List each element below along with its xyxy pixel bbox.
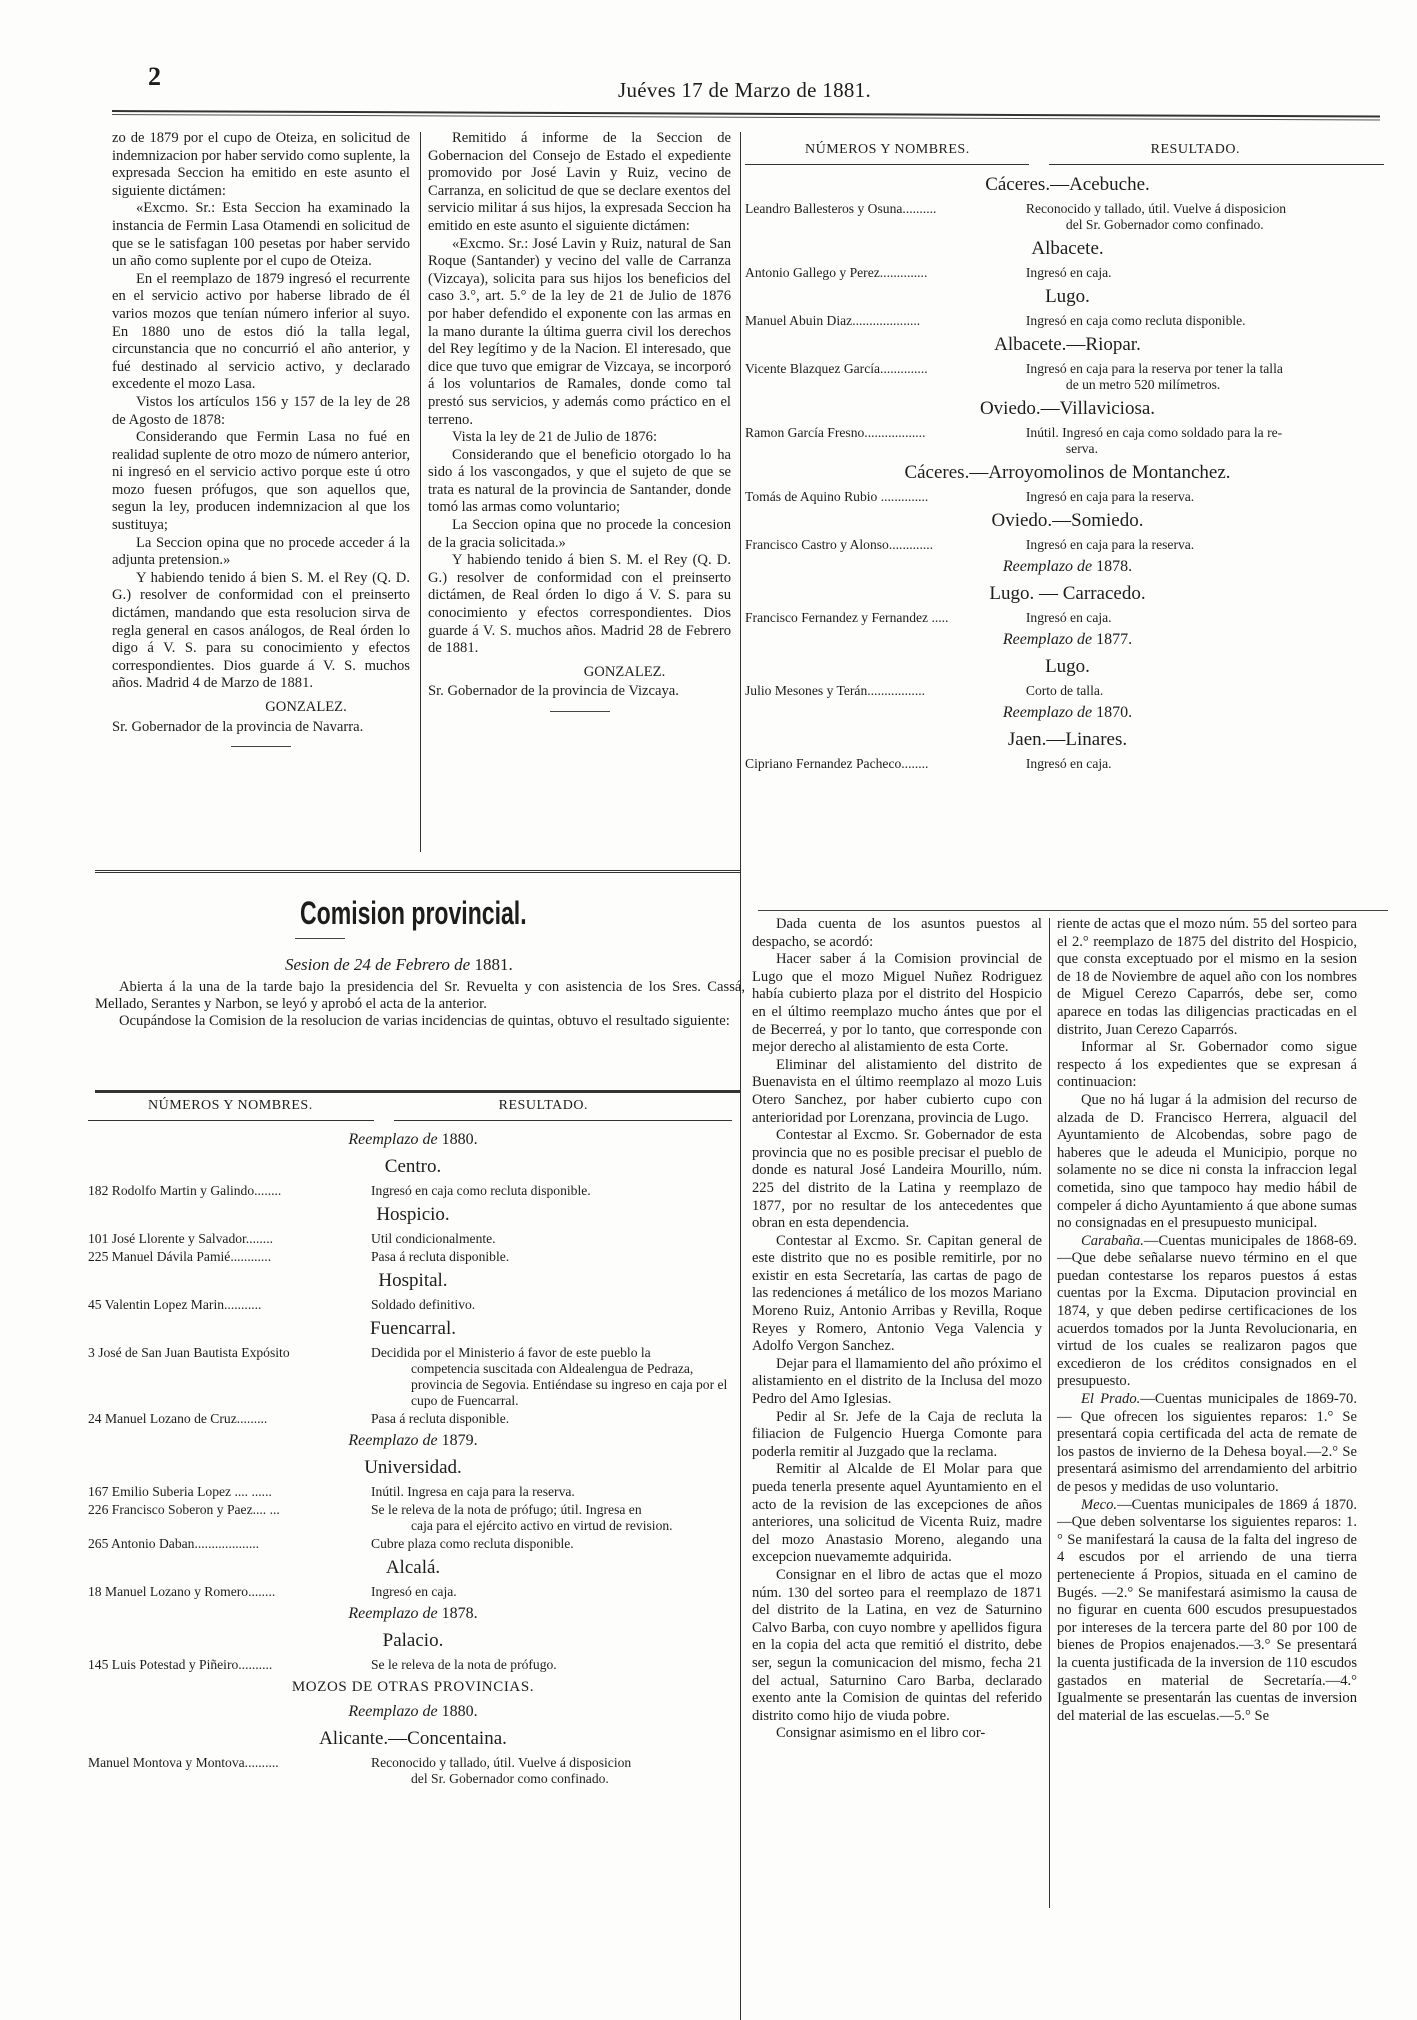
- paragraph: Remitir al Alcalde de El Molar para que …: [752, 1461, 1042, 1567]
- result-text: Se le releva de la nota de prófugo; útil…: [361, 1502, 738, 1534]
- quintas-table-bottom: NÚMEROS Y NOMBRES.RESULTADO.Reemplazo de…: [88, 1098, 738, 1789]
- addressee: Sr. Gobernador de la provincia de Navarr…: [112, 719, 410, 737]
- place-heading: Lugo.: [745, 285, 1390, 309]
- result-continuation: de un metro 520 milímetros.: [1026, 377, 1390, 393]
- result-text: Cubre plaza como recluta disponible.: [361, 1536, 738, 1552]
- quintas-table-top: NÚMEROS Y NOMBRES.RESULTADO.Cáceres.—Ace…: [745, 142, 1390, 774]
- place-heading: Centro.: [88, 1155, 738, 1179]
- municipality-name: Meco.: [1081, 1497, 1117, 1513]
- reemplazo-label: Reemplazo de: [348, 1703, 441, 1720]
- result-text: Ingresó en caja para la reserva por tene…: [1016, 361, 1390, 393]
- recruit-name: 45 Valentin Lopez Marin...........: [88, 1297, 361, 1313]
- table-row: 226 Francisco Soberon y Paez.... ...Se l…: [88, 1502, 738, 1534]
- result-text: Ingresó en caja.: [1016, 265, 1390, 281]
- paragraph: Dada cuenta de los asuntos puestos al de…: [752, 916, 1042, 951]
- reemplazo-heading: Reemplazo de 1870.: [745, 702, 1390, 724]
- paragraph: Y habiendo tenido á bien S. M. el Rey (Q…: [428, 552, 731, 658]
- paragraph: Abierta á la una de la tarde bajo la pre…: [95, 979, 745, 1013]
- table-row: 167 Emilio Suberia Lopez .... ......Inút…: [88, 1484, 738, 1500]
- result-text: Ingresó en caja como recluta disponible.: [361, 1183, 738, 1199]
- paragraph: Considerando que el beneficio otorgado l…: [428, 447, 731, 517]
- recruit-name: Francisco Castro y Alonso.............: [745, 537, 1016, 553]
- recruit-name: Vicente Blazquez García..............: [745, 361, 1016, 393]
- table-row: Manuel Montova y Montova..........Recono…: [88, 1755, 738, 1787]
- paragraph: Hacer saber á la Comision provincial de …: [752, 951, 1042, 1057]
- paragraph: En el reemplazo de 1879 ingresó el recur…: [112, 271, 410, 394]
- table-row: Julio Mesones y Terán.................Co…: [745, 683, 1390, 699]
- recruit-name: Leandro Ballesteros y Osuna..........: [745, 201, 1016, 233]
- reemplazo-heading: Reemplazo de 1880.: [88, 1129, 738, 1151]
- reemplazo-label: Reemplazo de: [348, 1432, 441, 1449]
- municipality-name: El Prado.: [1081, 1391, 1140, 1407]
- place-heading: Cáceres.—Acebuche.: [745, 173, 1390, 197]
- column-divider: [420, 132, 421, 852]
- recruit-name: 3 José de San Juan Bautista Expósito: [88, 1345, 361, 1409]
- reemplazo-year: 1879.: [442, 1432, 478, 1449]
- paragraph: riente de actas que el mozo núm. 55 del …: [1057, 916, 1357, 1039]
- place-heading: Oviedo.—Somiedo.: [745, 509, 1390, 533]
- table-row: 45 Valentin Lopez Marin...........Soldad…: [88, 1297, 738, 1313]
- section-rule: [95, 1090, 740, 1093]
- recruit-name: Cipriano Fernandez Pacheco........: [745, 756, 1016, 772]
- result-text: Util condicionalmente.: [361, 1231, 738, 1247]
- recruit-name: Ramon García Fresno..................: [745, 425, 1016, 457]
- result-continuation: del Sr. Gobernador como confinado.: [371, 1771, 738, 1787]
- paragraph: Eliminar del alistamiento del distrito d…: [752, 1057, 1042, 1127]
- recruit-name: Antonio Gallego y Perez..............: [745, 265, 1016, 281]
- recruit-name: 18 Manuel Lozano y Romero........: [88, 1584, 361, 1600]
- reemplazo-heading: Reemplazo de 1880.: [88, 1701, 738, 1723]
- place-heading: Hospital.: [88, 1269, 738, 1293]
- rule: [1049, 164, 1384, 165]
- reemplazo-year: 1880.: [442, 1131, 478, 1148]
- page-number: 2: [148, 62, 161, 92]
- reemplazo-heading: Reemplazo de 1878.: [745, 556, 1390, 578]
- result-text: Ingresó en caja.: [361, 1584, 738, 1600]
- result-text: Reconocido y tallado, útil. Vuelve á dis…: [1016, 201, 1390, 233]
- result-text: Ingresó en caja para la reserva.: [1016, 489, 1390, 505]
- result-continuation: del Sr. Gobernador como confinado.: [1026, 217, 1390, 233]
- result-text: Pasa á recluta disponible.: [361, 1411, 738, 1427]
- place-heading: Albacete.—Riopar.: [745, 333, 1390, 357]
- place-heading: Alicante.—Concentaina.: [88, 1727, 738, 1751]
- table-row: 18 Manuel Lozano y Romero........Ingresó…: [88, 1584, 738, 1600]
- municipality-name: Carabaña.: [1081, 1233, 1144, 1249]
- result-text: Ingresó en caja.: [1016, 610, 1390, 626]
- place-heading: Albacete.: [745, 237, 1390, 261]
- paragraph: La Seccion opina que no procede la conce…: [428, 517, 731, 552]
- paragraph: Vista la ley de 21 de Julio de 1876:: [428, 429, 731, 447]
- reemplazo-year: 1880.: [442, 1703, 478, 1720]
- paragraph: Que no há lugar á la admision del recurs…: [1057, 1092, 1357, 1233]
- reemplazo-label: Reemplazo de: [348, 1131, 441, 1148]
- column-header-names: NÚMEROS Y NOMBRES.: [745, 142, 970, 158]
- result-text: Pasa á recluta disponible.: [361, 1249, 738, 1265]
- paragraph: El Prado.—Cuentas municipales de 1869-70…: [1057, 1391, 1357, 1497]
- paragraph: La Seccion opina que no procede acceder …: [112, 535, 410, 570]
- reemplazo-label: Reemplazo de: [1003, 704, 1096, 721]
- subsection-heading: MOZOS DE OTRAS PROVINCIAS.: [88, 1679, 738, 1695]
- paragraph: Pedir al Sr. Jefe de la Caja de recluta …: [752, 1409, 1042, 1462]
- place-heading: Fuencarral.: [88, 1317, 738, 1341]
- recruit-name: Manuel Montova y Montova..........: [88, 1755, 361, 1787]
- place-heading: Jaen.—Linares.: [745, 728, 1390, 752]
- rule: [88, 1120, 374, 1121]
- paragraph: «Excmo. Sr.: José Lavin y Ruiz, natural …: [428, 236, 731, 430]
- table-row: 101 José Llorente y Salvador........Util…: [88, 1231, 738, 1247]
- table-row: Tomás de Aquino Rubio ..............Ingr…: [745, 489, 1390, 505]
- column-header-names: NÚMEROS Y NOMBRES.: [88, 1098, 313, 1114]
- column-header-result: RESULTADO.: [1151, 142, 1390, 158]
- place-heading: Oviedo.—Villaviciosa.: [745, 397, 1390, 421]
- table-row: 182 Rodolfo Martin y Galindo........Ingr…: [88, 1183, 738, 1199]
- result-text: Inútil. Ingresó en caja como soldado par…: [1016, 425, 1390, 457]
- table-row: 24 Manuel Lozano de Cruz.........Pasa á …: [88, 1411, 738, 1427]
- paragraph: Ocupándose la Comision de la resolucion …: [95, 1013, 745, 1030]
- table-row: Cipriano Fernandez Pacheco........Ingres…: [745, 756, 1390, 772]
- signature: GONZALEZ.: [202, 699, 410, 717]
- article-vizcaya: Remitido á informe de la Seccion de Gobe…: [428, 130, 731, 712]
- column-divider: [1049, 918, 1050, 1908]
- recruit-name: Tomás de Aquino Rubio ..............: [745, 489, 1016, 505]
- recruit-name: 265 Antonio Daban...................: [88, 1536, 361, 1552]
- reemplazo-year: 1870.: [1096, 704, 1132, 721]
- result-text: Ingresó en caja para la reserva.: [1016, 537, 1390, 553]
- paragraph: Vistos los artículos 156 y 157 de la ley…: [112, 394, 410, 429]
- reemplazo-heading: Reemplazo de 1877.: [745, 629, 1390, 651]
- table-row: 265 Antonio Daban...................Cubr…: [88, 1536, 738, 1552]
- table-row: Vicente Blazquez García..............Ing…: [745, 361, 1390, 393]
- paragraph: Consignar asimismo en el libro cor-: [752, 1725, 1042, 1743]
- place-heading: Palacio.: [88, 1629, 738, 1653]
- table-header: NÚMEROS Y NOMBRES.RESULTADO.: [745, 142, 1390, 164]
- recruit-name: Julio Mesones y Terán.................: [745, 683, 1016, 699]
- place-heading: Cáceres.—Arroyomolinos de Montanchez.: [745, 461, 1390, 485]
- place-heading: Lugo. — Carracedo.: [745, 582, 1390, 606]
- header-rules: [745, 164, 1390, 165]
- paragraph: Contestar al Excmo. Sr. Capitan general …: [752, 1233, 1042, 1356]
- section-rule: [758, 910, 1388, 911]
- paragraph: «Excmo. Sr.: Esta Seccion ha examinado l…: [112, 200, 410, 270]
- recruit-name: Francisco Fernandez y Fernandez .....: [745, 610, 1016, 626]
- paragraph: Carabaña.—Cuentas municipales de 1868-69…: [1057, 1233, 1357, 1391]
- table-row: Manuel Abuin Diaz....................Ing…: [745, 313, 1390, 329]
- header-rule: [112, 110, 1380, 121]
- rule: [745, 164, 1029, 165]
- reemplazo-label: Reemplazo de: [1003, 558, 1096, 575]
- paragraph: Remitido á informe de la Seccion de Gobe…: [428, 130, 731, 236]
- result-continuation: serva.: [1026, 441, 1390, 457]
- recruit-name: 145 Luis Potestad y Piñeiro..........: [88, 1657, 361, 1673]
- table-row: 225 Manuel Dávila Pamié............Pasa …: [88, 1249, 738, 1265]
- title-underline: [295, 938, 345, 939]
- column-divider: [740, 132, 741, 2020]
- table-header: NÚMEROS Y NOMBRES.RESULTADO.: [88, 1098, 738, 1120]
- header-rules: [88, 1120, 738, 1121]
- result-text: Corto de talla.: [1016, 683, 1390, 699]
- result-text: Ingresó en caja como recluta disponible.: [1016, 313, 1390, 329]
- table-row: Francisco Castro y Alonso.............In…: [745, 537, 1390, 553]
- table-row: Antonio Gallego y Perez..............Ing…: [745, 265, 1390, 281]
- place-heading: Alcalá.: [88, 1556, 738, 1580]
- recruit-name: 24 Manuel Lozano de Cruz.........: [88, 1411, 361, 1427]
- recruit-name: 226 Francisco Soberon y Paez.... ...: [88, 1502, 361, 1534]
- issue-date: Juéves 17 de Marzo de 1881.: [618, 78, 871, 103]
- table-row: 3 José de San Juan Bautista ExpósitoDeci…: [88, 1345, 738, 1409]
- rule: [394, 1120, 732, 1121]
- paragraph: zo de 1879 por el cupo de Oteiza, en sol…: [112, 130, 410, 200]
- result-text: Se le releva de la nota de prófugo.: [361, 1657, 738, 1673]
- place-heading: Universidad.: [88, 1456, 738, 1480]
- section-rule: [95, 870, 740, 873]
- place-heading: Lugo.: [745, 655, 1390, 679]
- table-row: Francisco Fernandez y Fernandez .....Ing…: [745, 610, 1390, 626]
- paragraph: Informar al Sr. Gobernador como sigue re…: [1057, 1039, 1357, 1092]
- result-text: Inútil. Ingresa en caja para la reserva.: [361, 1484, 738, 1500]
- recruit-name: 101 José Llorente y Salvador........: [88, 1231, 361, 1247]
- paragraph: Contestar al Excmo. Sr. Gobernador de es…: [752, 1127, 1042, 1233]
- acuerdos-column-2: riente de actas que el mozo núm. 55 del …: [1057, 916, 1357, 1725]
- table-row: Ramon García Fresno..................Inú…: [745, 425, 1390, 457]
- result-text: Ingresó en caja.: [1016, 756, 1390, 772]
- place-heading: Hospicio.: [88, 1203, 738, 1227]
- reemplazo-year: 1877.: [1096, 631, 1132, 648]
- signature: GONZALEZ.: [518, 664, 731, 682]
- acuerdos-column-1: Dada cuenta de los asuntos puestos al de…: [752, 916, 1042, 1743]
- session-intro: Abierta á la una de la tarde bajo la pre…: [95, 979, 745, 1030]
- recruit-name: 225 Manuel Dávila Pamié............: [88, 1249, 361, 1265]
- reemplazo-year: 1878.: [442, 1605, 478, 1622]
- result-text: Soldado definitivo.: [361, 1297, 738, 1313]
- session-date: Sesion de 24 de Febrero de 1881.: [285, 955, 513, 975]
- reemplazo-heading: Reemplazo de 1879.: [88, 1430, 738, 1452]
- section-title: Comision provincial.: [300, 895, 527, 932]
- result-continuation: caja para el ejército activo en virtud d…: [371, 1518, 738, 1534]
- paragraph: Considerando que Fermin Lasa no fué en r…: [112, 429, 410, 535]
- closing-rule: [231, 746, 291, 747]
- reemplazo-heading: Reemplazo de 1878.: [88, 1603, 738, 1625]
- paragraph: Dejar para el llamamiento del año próxim…: [752, 1356, 1042, 1409]
- reemplazo-label: Reemplazo de: [1003, 631, 1096, 648]
- paragraph: Meco.—Cuentas municipales de 1869 á 1870…: [1057, 1497, 1357, 1726]
- table-row: 145 Luis Potestad y Piñeiro..........Se …: [88, 1657, 738, 1673]
- recruit-name: Manuel Abuin Diaz....................: [745, 313, 1016, 329]
- table-row: Leandro Ballesteros y Osuna..........Rec…: [745, 201, 1390, 233]
- closing-rule: [550, 711, 610, 712]
- addressee: Sr. Gobernador de la provincia de Vizcay…: [428, 683, 731, 701]
- result-text: Reconocido y tallado, útil. Vuelve á dis…: [361, 1755, 738, 1787]
- paragraph: Consignar en el libro de actas que el mo…: [752, 1567, 1042, 1725]
- result-text: Decidida por el Ministerio á favor de es…: [361, 1345, 738, 1409]
- recruit-name: 182 Rodolfo Martin y Galindo........: [88, 1183, 361, 1199]
- paragraph: Y habiendo tenido á bien S. M. el Rey (Q…: [112, 570, 410, 693]
- article-navarra: zo de 1879 por el cupo de Oteiza, en sol…: [112, 130, 410, 747]
- reemplazo-label: Reemplazo de: [348, 1605, 441, 1622]
- recruit-name: 167 Emilio Suberia Lopez .... ......: [88, 1484, 361, 1500]
- result-continuation: competencia suscitada con Aldealengua de…: [371, 1361, 738, 1409]
- column-header-result: RESULTADO.: [499, 1098, 738, 1114]
- reemplazo-year: 1878.: [1096, 558, 1132, 575]
